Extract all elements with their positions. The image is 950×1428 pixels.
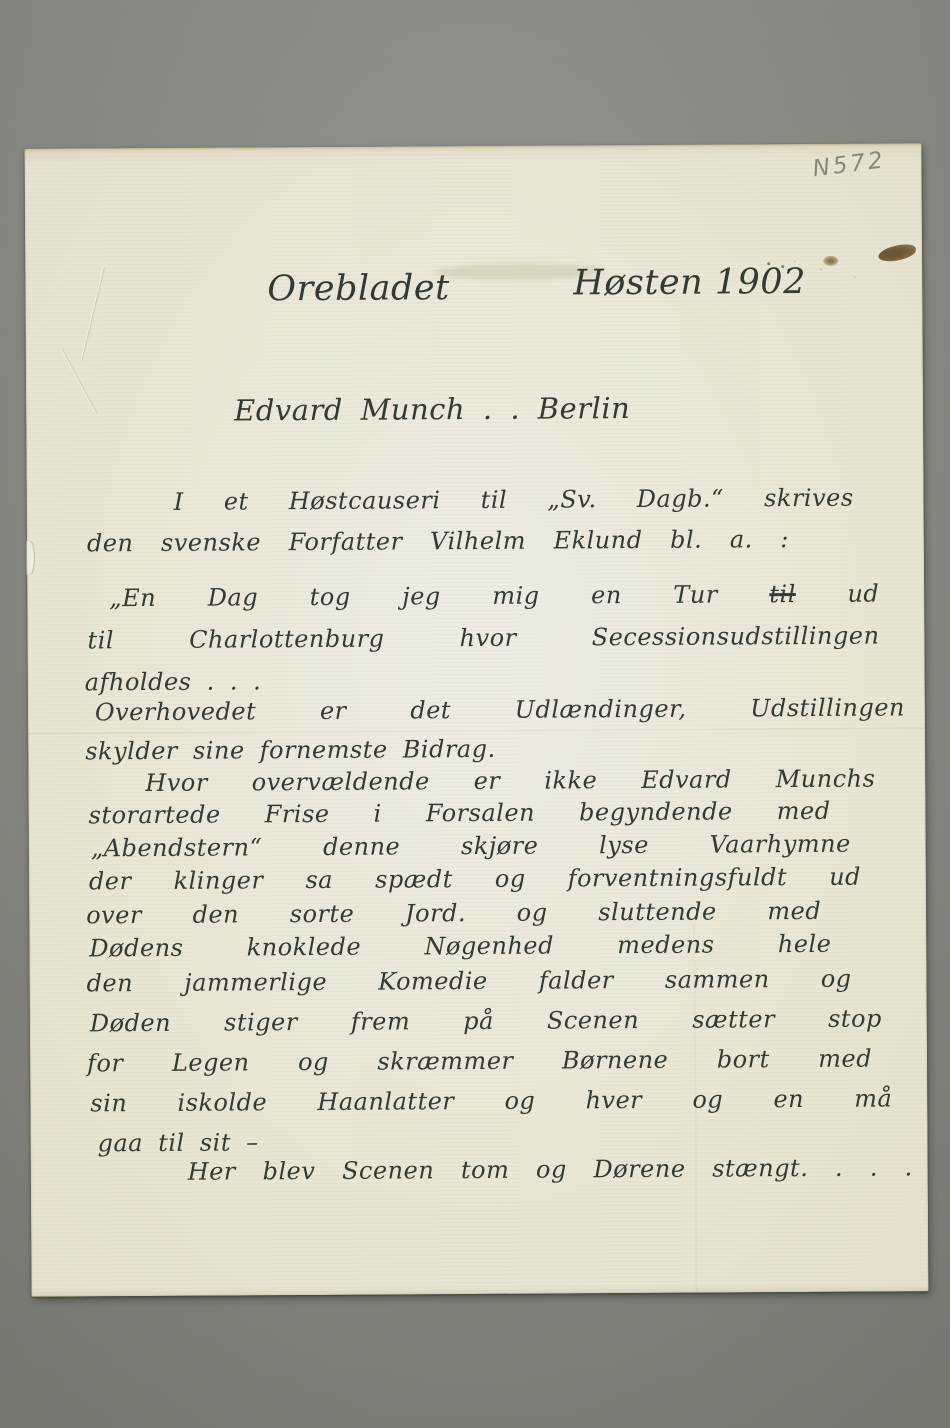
heading-date: Høsten 1902 [573, 262, 806, 303]
manuscript-line: der klinger sa spædt og forventningsfuld… [89, 863, 861, 896]
crease [80, 268, 104, 362]
stain [877, 242, 917, 263]
manuscript-line: Her blev Scenen tom og Dørene stængt. . … [188, 1153, 913, 1185]
manuscript-line: „Abendstern“ denne skjøre lyse Vaarhymne [91, 830, 851, 863]
manuscript-line: skylder sine fornemste Bidrag. [85, 735, 496, 766]
photo-background: { "photo": { "catalog_number": "N572", "… [0, 0, 950, 1428]
manuscript-line: Overhovedet er det Udlændinger, Udstilli… [95, 693, 905, 726]
manuscript-line: Døden stiger frem på Scenen sætter stop [90, 1005, 882, 1038]
manuscript-line: den jammerlige Komedie falder sammen og [87, 965, 852, 998]
catalog-number: N572 [811, 147, 887, 182]
manuscript-line: I et Høstcauseri til „Sv. Dagb.“ skrives [174, 484, 854, 516]
crease [60, 349, 96, 415]
manuscript-line: Hvor overvældende er ikke Edvard Munchs [145, 765, 875, 797]
manuscript-line: afholdes . . . [85, 667, 262, 696]
manuscript-line: for Legen og skræmmer Børnene bort med [87, 1045, 872, 1078]
manuscript-line: storartede Frise i Forsalen begyndende m… [88, 797, 830, 830]
manuscript-line: Dødens knoklede Nøgenhed medens hele [89, 930, 831, 963]
manuscript-line: over den sorte Jord. og sluttende med [86, 897, 821, 929]
manuscript-page: N572 Orebladet Høsten 1902 Edvard Munch … [25, 143, 929, 1296]
heading-subject: Edvard Munch . . Berlin [234, 391, 630, 427]
stain [823, 256, 838, 266]
manuscript-line: sin iskolde Haanlatter og hver og en må [90, 1084, 892, 1117]
manuscript-line: gaa til sit – [97, 1128, 258, 1157]
fold-line [28, 727, 925, 734]
heading-source: Orebladet [267, 268, 450, 309]
manuscript-line: „En Dag tog jeg mig en Tur til ud [109, 580, 879, 613]
paper-tear [26, 541, 35, 575]
manuscript-line: den svenske Forfatter Vilhelm Eklund bl.… [87, 525, 789, 557]
manuscript-body: I et Høstcauseri til „Sv. Dagb.“ skrives… [25, 143, 922, 148]
manuscript-line: til Charlottenburg hvor Secessionsudstil… [87, 622, 879, 655]
